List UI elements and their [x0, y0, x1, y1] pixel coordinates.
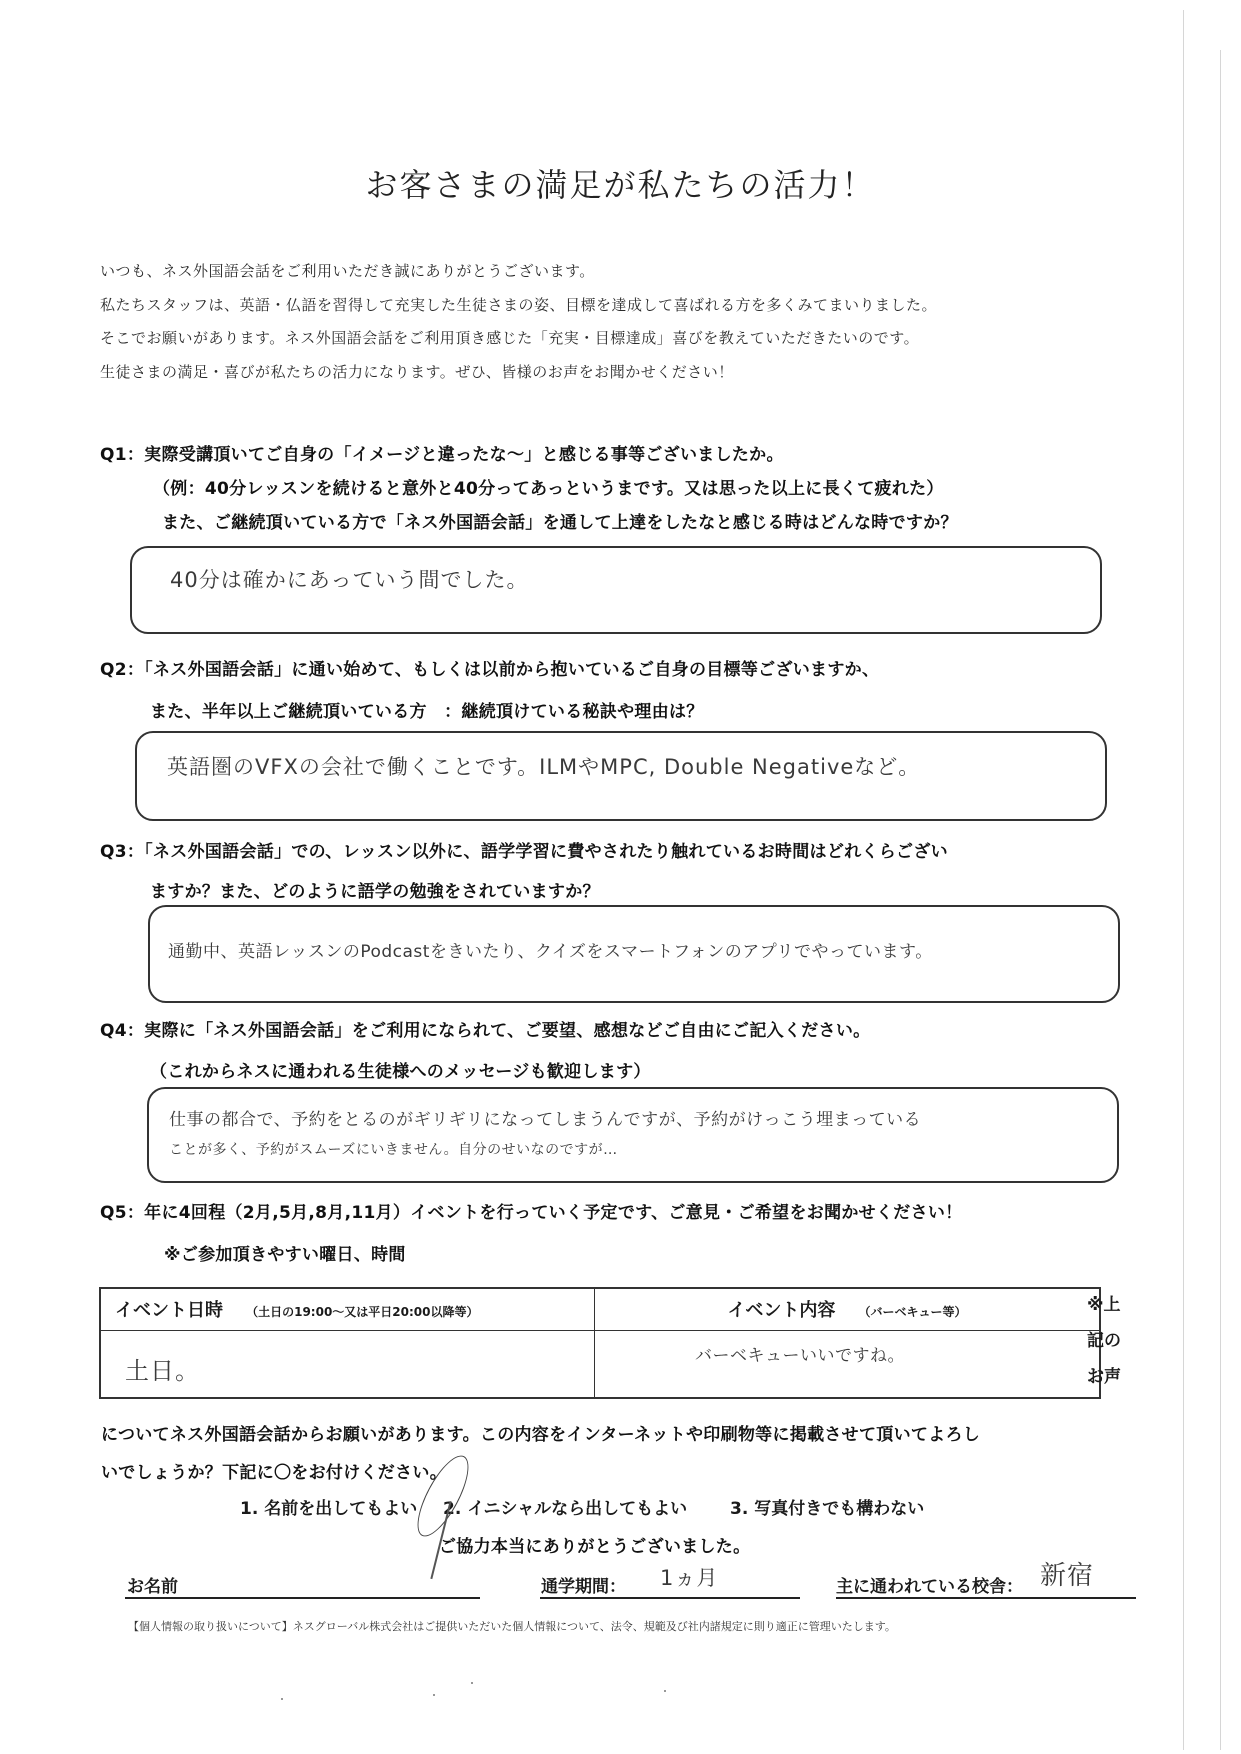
answer-text-q4-line1: 仕事の都合で、予約をとるのがギリギリになってしまうんですが、予約がけっこう埋まっ…	[169, 1105, 921, 1130]
question-q1-followup: また、ご継続頂いている方で「ネス外国語会話」を通して上達をしたなと感じる時はどん…	[162, 508, 958, 533]
intro-line: 私たちスタッフは、英語・仏語を習得して充実した生徒さまの姿、目標を達成して喜ばれ…	[100, 294, 937, 315]
answer-text-q3: 通勤中、英語レッスンのPodcastをきいたり、クイズをスマートフォンのアプリで…	[168, 937, 933, 962]
question-q4: Q4：実際に「ネス外国語会話」をご利用になられて、ご要望、感想などご自由にご記入…	[100, 1016, 870, 1041]
privacy-footer: 【個人情報の取り扱いについて】ネスグローバル株式会社はご提供いただいた個人情報に…	[128, 1618, 896, 1634]
scan-edge-line	[1183, 10, 1184, 1750]
event-content-answer-cell[interactable]: バーベキューいいですね。	[595, 1330, 1101, 1398]
thanks-text: ご協力本当にありがとうございました。	[439, 1532, 750, 1557]
intro-line: いつも、ネス外国語会話をご利用いただき誠にありがとうございます。	[100, 260, 595, 281]
school-label: 主に通われている校舎：	[836, 1572, 1023, 1597]
side-note-line: 記の	[1087, 1323, 1121, 1359]
event-date-answer-cell[interactable]: 土日。	[100, 1330, 595, 1398]
school-value[interactable]: 新宿	[1040, 1555, 1094, 1592]
period-label: 通学期間：	[541, 1572, 626, 1597]
name-field[interactable]	[195, 1566, 475, 1594]
event-date-hint: （土日の19:00～又は平日20:00以降等）	[246, 1305, 478, 1319]
answer-text-q2: 英語圏のVFXの会社で働くことです。ILMやMPC, Double Negati…	[167, 751, 920, 781]
question-q3-followup: ますか？また、どのように語学の勉強をされていますか？	[150, 877, 600, 902]
name-underline	[125, 1597, 480, 1599]
side-note: ※上 記の お声	[1087, 1287, 1121, 1395]
answer-box-q2[interactable]: 英語圏のVFXの会社で働くことです。ILMやMPC, Double Negati…	[135, 731, 1107, 821]
consent-text-line1: についてネス外国語会話からお願いがあります。この内容をインターネットや印刷物等に…	[101, 1420, 980, 1445]
question-q2-followup: また、半年以上ご継続頂いている方 ：継続頂けている秘訣や理由は？	[150, 697, 704, 722]
question-q5: Q5：年に4回程（2月,5月,8月,11月）イベントを行っていく予定です、ご意見…	[100, 1198, 962, 1223]
page-title: お客さまの満足が私たちの活力！	[0, 160, 1241, 206]
consent-option-1[interactable]: 1. 名前を出してもよい	[240, 1494, 417, 1519]
consent-option-2[interactable]: 2. イニシャルなら出してもよい	[443, 1494, 687, 1519]
intro-line: 生徒さまの満足・喜びが私たちの活力になります。ぜひ、皆様のお声をお聞かせください…	[100, 361, 734, 382]
answer-text-q1: 40分は確かにあっていう間でした。	[170, 564, 529, 594]
question-q2: Q2：「ネス外国語会話」に通い始めて、もしくは以前から抱いているご自身の目標等ご…	[100, 655, 879, 680]
question-q1-example: （例：40分レッスンを続けると意外と40分ってあっというまです。又は思った以上に…	[153, 474, 944, 499]
answer-text-q4-line2: ことが多く、予約がスムーズにいきません。自分のせいなのですが…	[169, 1139, 618, 1159]
consent-text-line2: いでしょうか？下記に〇をお付けください。	[101, 1458, 447, 1483]
event-table: イベント日時 （土日の19:00～又は平日20:00以降等） イベント内容 （バ…	[99, 1287, 1101, 1399]
question-q1: Q1：実際受講頂いてご自身の「イメージと違ったな～」と感じる事等ございましたか。	[100, 440, 784, 465]
answer-box-q1[interactable]: 40分は確かにあっていう間でした。	[130, 546, 1102, 634]
name-label: お名前	[127, 1572, 178, 1597]
period-underline	[540, 1597, 800, 1599]
period-value[interactable]: 1ヵ月	[660, 1562, 718, 1592]
scan-edge-line	[1220, 50, 1221, 1750]
scan-speck	[471, 1682, 473, 1684]
event-date-answer: 土日。	[125, 1351, 200, 1386]
event-date-header: イベント日時	[115, 1300, 223, 1321]
question-q4-followup: （これからネスに通われる生徒様へのメッセージも歓迎します）	[150, 1057, 651, 1082]
event-date-header-cell: イベント日時 （土日の19:00～又は平日20:00以降等）	[100, 1288, 595, 1330]
side-note-line: ※上	[1087, 1287, 1121, 1323]
scan-speck	[281, 1698, 283, 1700]
event-content-hint: （バーベキュー等）	[859, 1305, 967, 1319]
side-note-line: お声	[1087, 1359, 1121, 1395]
answer-box-q3[interactable]: 通勤中、英語レッスンのPodcastをきいたり、クイズをスマートフォンのアプリで…	[148, 905, 1120, 1003]
consent-option-3[interactable]: 3. 写真付きでも構わない	[730, 1494, 924, 1519]
question-q5-note: ※ご参加頂きやすい曜日、時間	[164, 1240, 406, 1265]
scan-speck	[433, 1694, 435, 1696]
event-content-answer: バーベキューいいですね。	[695, 1341, 905, 1366]
answer-box-q4[interactable]: 仕事の都合で、予約をとるのがギリギリになってしまうんですが、予約がけっこう埋まっ…	[147, 1087, 1119, 1183]
intro-line: そこでお願いがあります。ネス外国語会話をご利用頂き感じた「充実・目標達成」喜びを…	[100, 327, 919, 348]
event-content-header-cell: イベント内容 （バーベキュー等）	[595, 1288, 1101, 1330]
scan-speck	[664, 1690, 666, 1692]
school-underline	[836, 1597, 1136, 1599]
event-content-header: イベント内容	[727, 1300, 835, 1321]
question-q3: Q3：「ネス外国語会話」での、レッスン以外に、語学学習に費やされたり触れているお…	[100, 837, 948, 862]
